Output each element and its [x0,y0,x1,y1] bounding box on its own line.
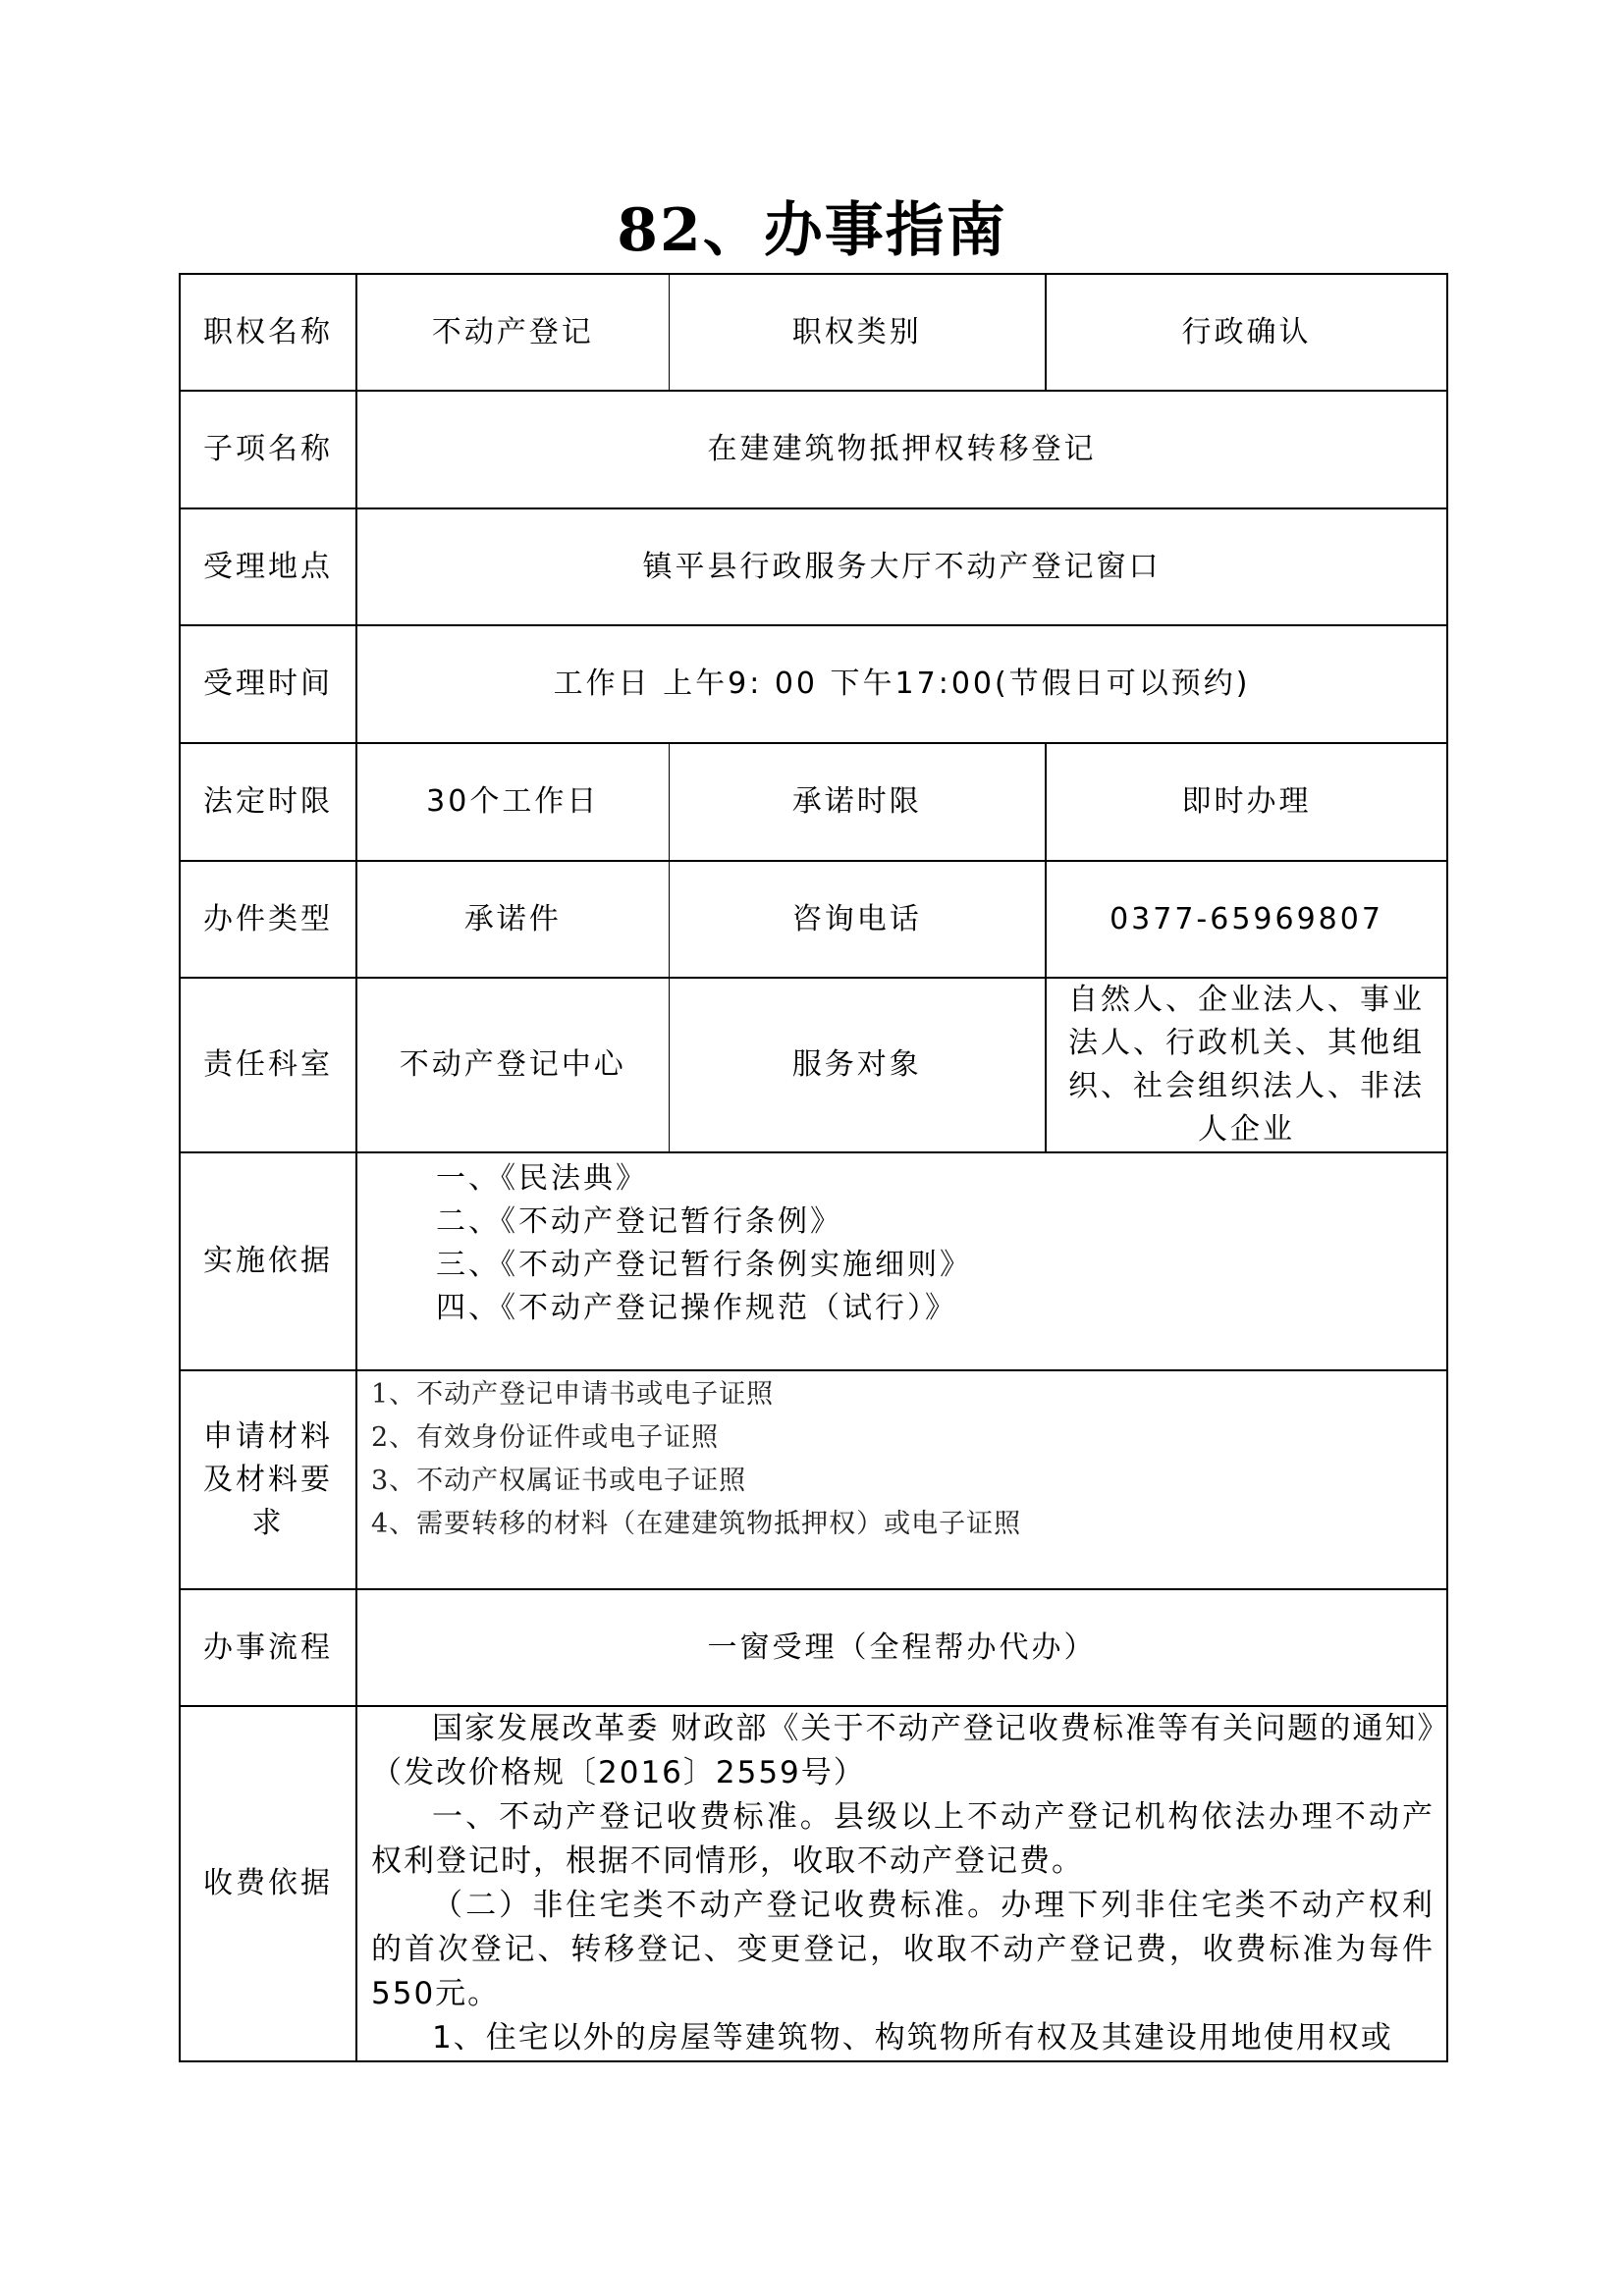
fees-paragraph: （二）非住宅类不动产登记收费标准。办理下列非住宅类不动产权利的首次登记、转移登记… [371,1884,1435,2016]
page-title: 82、办事指南 [0,191,1624,270]
basis-list: 一、《民法典》 二、《不动产登记暂行条例》 三、《不动产登记暂行条例实施细则》 … [356,1152,1447,1370]
fees-paragraph: 一、不动产登记收费标准。县级以上不动产登记机构依法办理不动产权利登记时，根据不同… [371,1795,1435,1884]
label-location: 受理地点 [180,508,356,625]
row-time-limit: 法定时限 30个工作日 承诺时限 即时办理 [180,743,1447,861]
label-basis: 实施依据 [180,1152,356,1370]
value-sub-item: 在建建筑物抵押权转移登记 [356,391,1447,508]
value-hours: 工作日 上午9: 00 下午17:00(节假日可以预约) [356,625,1447,743]
label-materials: 申请材料及材料要求 [180,1370,356,1589]
label-authority-category: 职权类别 [669,274,1046,391]
value-promised-time-limit: 即时办理 [1046,743,1447,861]
material-item: 2、有效身份证件或电子证照 [371,1416,1446,1460]
material-item: 4、需要转移的材料（在建建筑物抵押权）或电子证照 [371,1503,1446,1546]
value-authority-category: 行政确认 [1046,274,1447,391]
row-hours: 受理时间 工作日 上午9: 00 下午17:00(节假日可以预约) [180,625,1447,743]
label-phone: 咨询电话 [669,861,1046,978]
value-service-target: 自然人、企业法人、事业法人、行政机关、其他组织、社会组织法人、非法人企业 [1046,978,1447,1152]
label-department: 责任科室 [180,978,356,1152]
label-legal-time-limit: 法定时限 [180,743,356,861]
basis-item: 三、《不动产登记暂行条例实施细则》 [436,1244,1446,1287]
value-phone: 0377-65969807 [1046,861,1447,978]
label-sub-item: 子项名称 [180,391,356,508]
row-fees: 收费依据 国家发展改革委 财政部《关于不动产登记收费标准等有关问题的通知》（发改… [180,1706,1447,2061]
fees-text: 国家发展改革委 财政部《关于不动产登记收费标准等有关问题的通知》（发改价格规〔2… [356,1706,1447,2061]
row-authority-name: 职权名称 不动产登记 职权类别 行政确认 [180,274,1447,391]
row-location: 受理地点 镇平县行政服务大厅不动产登记窗口 [180,508,1447,625]
label-service-target: 服务对象 [669,978,1046,1152]
label-hours: 受理时间 [180,625,356,743]
label-process: 办事流程 [180,1589,356,1706]
value-legal-time-limit: 30个工作日 [356,743,669,861]
label-promised-time-limit: 承诺时限 [669,743,1046,861]
label-fees: 收费依据 [180,1706,356,2061]
row-department: 责任科室 不动产登记中心 服务对象 自然人、企业法人、事业法人、行政机关、其他组… [180,978,1447,1152]
fees-paragraph: 1、住宅以外的房屋等建筑物、构筑物所有权及其建设用地使用权或 [371,2016,1435,2060]
value-process: 一窗受理（全程帮办代办） [356,1589,1447,1706]
label-authority-name: 职权名称 [180,274,356,391]
material-item: 1、不动产登记申请书或电子证照 [371,1373,1446,1416]
value-authority-name: 不动产登记 [356,274,669,391]
row-sub-item: 子项名称 在建建筑物抵押权转移登记 [180,391,1447,508]
row-materials: 申请材料及材料要求 1、不动产登记申请书或电子证照 2、有效身份证件或电子证照 … [180,1370,1447,1589]
service-guide-table: 职权名称 不动产登记 职权类别 行政确认 子项名称 在建建筑物抵押权转移登记 受… [179,273,1448,2062]
value-department: 不动产登记中心 [356,978,669,1152]
material-item: 3、不动产权属证书或电子证照 [371,1460,1446,1503]
row-process: 办事流程 一窗受理（全程帮办代办） [180,1589,1447,1706]
basis-item: 四、《不动产登记操作规范（试行）》 [436,1287,1446,1330]
basis-item: 一、《民法典》 [436,1157,1446,1201]
basis-item: 二、《不动产登记暂行条例》 [436,1201,1446,1244]
materials-list: 1、不动产登记申请书或电子证照 2、有效身份证件或电子证照 3、不动产权属证书或… [356,1370,1447,1589]
fees-paragraph: 国家发展改革委 财政部《关于不动产登记收费标准等有关问题的通知》（发改价格规〔2… [371,1707,1435,1795]
row-case-type: 办件类型 承诺件 咨询电话 0377-65969807 [180,861,1447,978]
value-location: 镇平县行政服务大厅不动产登记窗口 [356,508,1447,625]
row-basis: 实施依据 一、《民法典》 二、《不动产登记暂行条例》 三、《不动产登记暂行条例实… [180,1152,1447,1370]
label-case-type: 办件类型 [180,861,356,978]
value-case-type: 承诺件 [356,861,669,978]
